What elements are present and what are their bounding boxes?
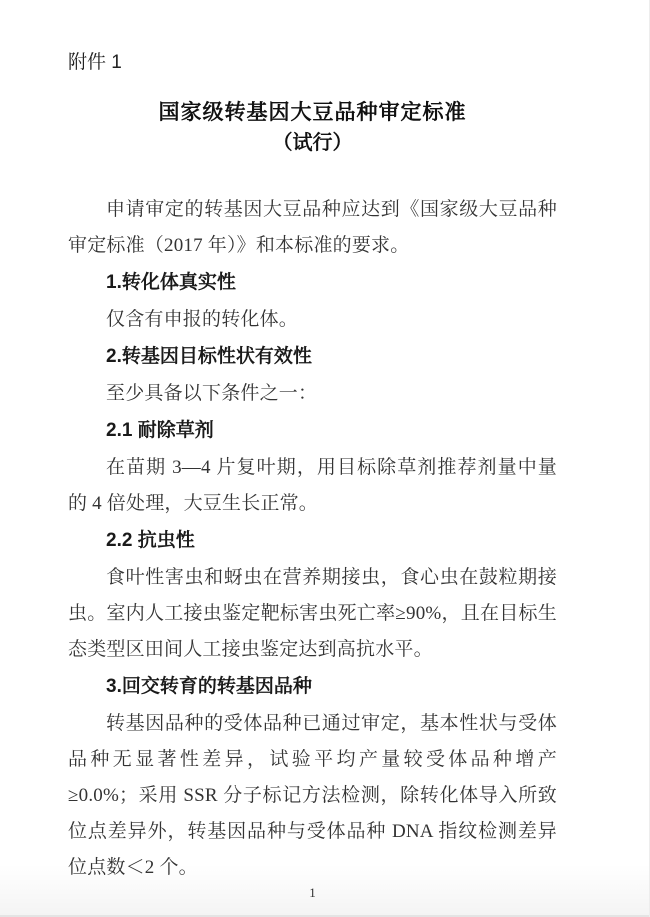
paragraph-section-3: 转基因品种的受体品种已通过审定，基本性状与受体品种无显著性差异，试验平均产量较受… [68,706,557,886]
section-heading-2-2: 2.2 抗虫性 [68,523,557,559]
document-content: 申请审定的转基因大豆品种应达到《国家级大豆品种审定标准（2017 年）》和本标准… [68,192,557,886]
section-heading-3: 3.回交转育的转基因品种 [68,669,557,705]
document-title: 国家级转基因大豆品种审定标准 [68,99,557,126]
document-subtitle: （试行） [68,133,557,154]
section-heading-2: 2.转基因目标性状有效性 [68,339,557,375]
document-page: 附件 1 国家级转基因大豆品种审定标准 （试行） 申请审定的转基因大豆品种应达到… [0,0,650,917]
page-number: 1 [68,885,557,901]
paragraph-section-2-1: 在苗期 3—4 片复叶期，用目标除草剂推荐剂量中量的 4 倍处理，大豆生长正常。 [68,450,557,522]
paragraph-intro: 申请审定的转基因大豆品种应达到《国家级大豆品种审定标准（2017 年）》和本标准… [68,192,557,264]
paragraph-section-1: 仅含有申报的转化体。 [68,302,557,338]
attachment-label: 附件 1 [68,52,557,74]
document-body: 附件 1 国家级转基因大豆品种审定标准 （试行） 申请审定的转基因大豆品种应达到… [0,0,649,886]
paragraph-section-2-2: 食叶性害虫和蚜虫在营养期接虫，食心虫在鼓粒期接虫。室内人工接虫鉴定靶标害虫死亡率… [68,560,557,668]
section-heading-1: 1.转化体真实性 [68,265,557,301]
paragraph-section-2: 至少具备以下条件之一： [68,376,557,412]
section-heading-2-1: 2.1 耐除草剂 [68,413,557,449]
